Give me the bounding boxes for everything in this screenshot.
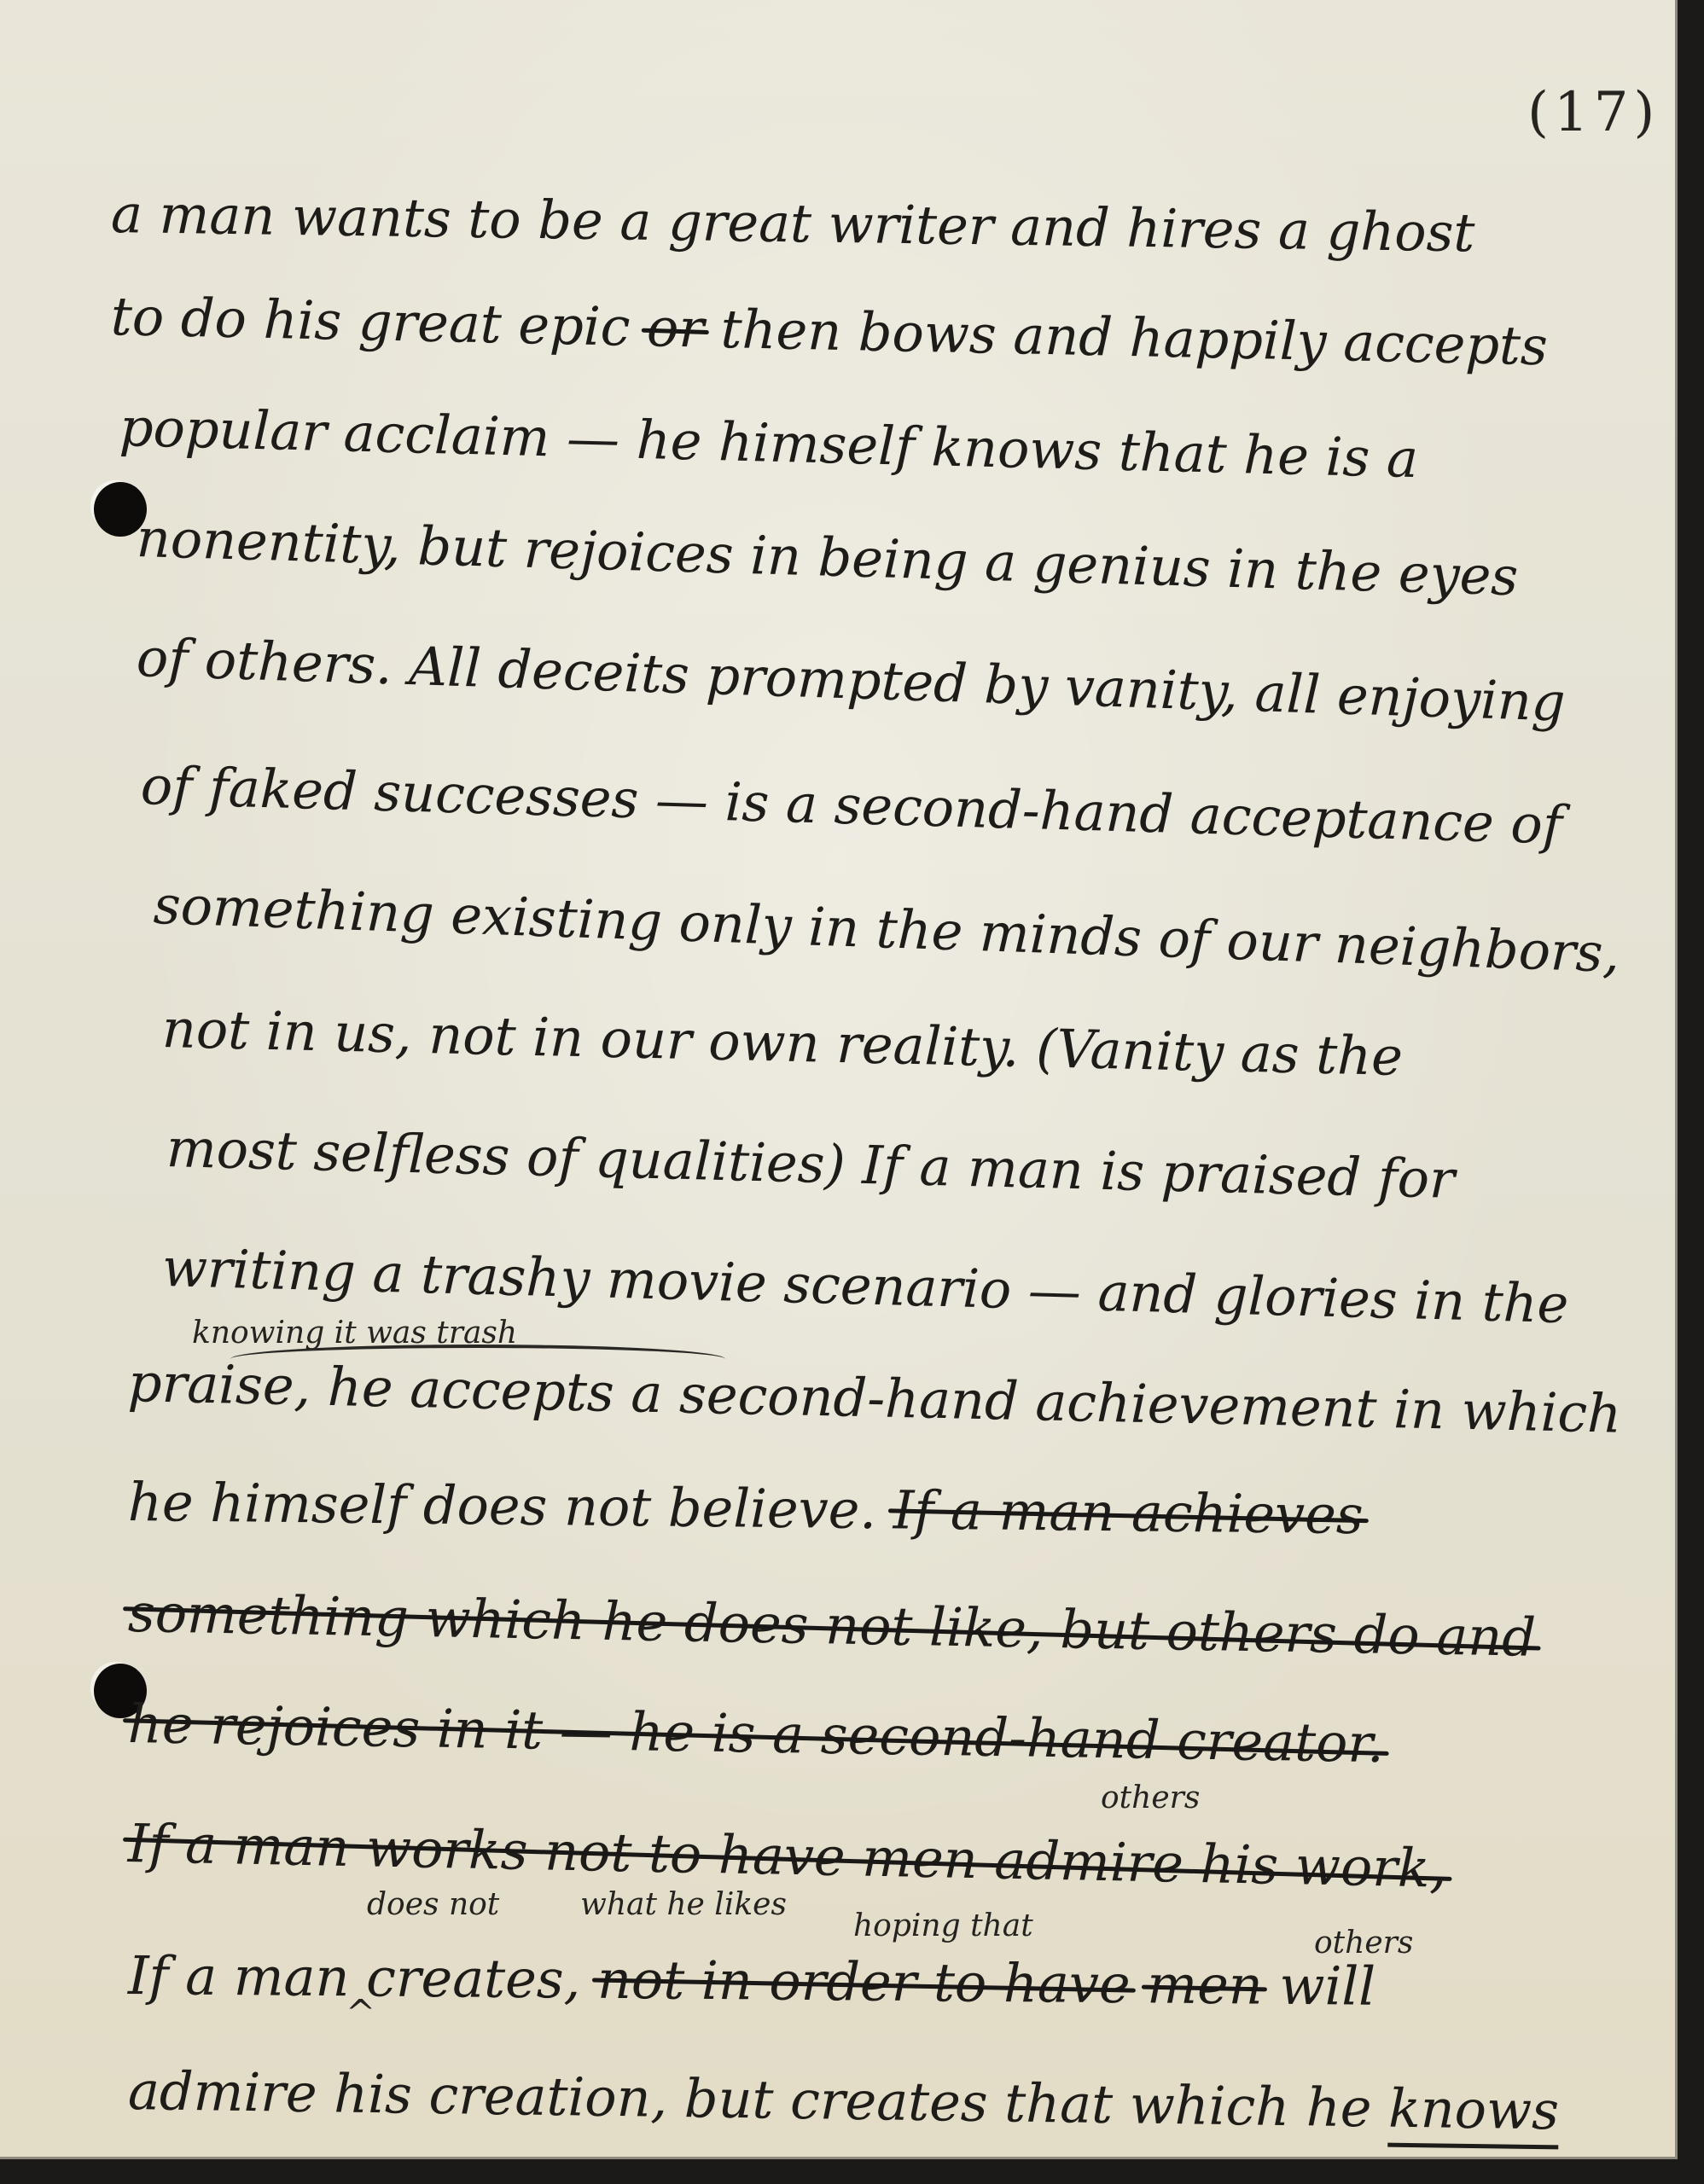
struck-text: If a man works not to have men admire hi… — [127, 1812, 1447, 1900]
line-text: praise, — [127, 1351, 329, 1418]
line-text: most selfless of qualities) If a man is … — [166, 1117, 1456, 1211]
struck-text: men — [1147, 1953, 1263, 2016]
struck-text: something which he does not like, but ot… — [127, 1582, 1536, 1669]
line-text: to do his great epic — [110, 285, 648, 358]
manuscript-line-4: nonentity, but rejoices in being a geniu… — [136, 512, 1519, 603]
manuscript-line-15: If a man works not to have men admire hi… — [127, 1817, 1446, 1896]
manuscript-line-5: of others. All deceits prompted by vanit… — [136, 631, 1566, 729]
line-text: he accepts a second-hand achievement in … — [327, 1356, 1622, 1445]
manuscript-line-13: something which he does not like, but ot… — [127, 1587, 1536, 1664]
line-text: popular acclaim — he himself knows that … — [119, 396, 1419, 490]
insertion-others: others — [1101, 1783, 1200, 1814]
manuscript-line-9: most selfless of qualities) If a man is … — [166, 1122, 1455, 1206]
struck-text: not in order to have — [597, 1949, 1131, 2015]
line-text: a man wants to be a great writer and hir… — [110, 183, 1474, 264]
line-text: admire his creation, but creates that wh… — [127, 2059, 1388, 2140]
struck-text: If a man achieves — [893, 1478, 1364, 1546]
line-text: nonentity, but rejoices in being a geniu… — [136, 507, 1519, 607]
line-text: not in us, not in our own reality. (Vani… — [161, 997, 1404, 1088]
manuscript-line-8: not in us, not in our own reality. (Vani… — [161, 1002, 1403, 1083]
line-text: something existing only in the minds of … — [153, 874, 1621, 985]
insertion-what-he-likes: what he likes — [580, 1890, 787, 1920]
manuscript-line-16: If a man creates, not in order to have m… — [128, 1949, 1376, 2013]
manuscript-line-7: something existing only in the minds of … — [153, 879, 1620, 980]
line-text: of faked successes — is a second-hand ac… — [140, 754, 1563, 856]
manuscript-line-17: admire his creation, but creates that wh… — [128, 2065, 1560, 2137]
underlined-text: knows — [1388, 2077, 1560, 2150]
insertion-does-not: does not — [367, 1890, 499, 1920]
manuscript-line-14: he rejoices in it — he is a second-hand … — [128, 1698, 1385, 1770]
manuscript-line-2: to do his great epic or then bows and ha… — [110, 290, 1548, 373]
insertion-hoping-that: hoping that — [853, 1911, 1033, 1942]
line-text: will — [1279, 1955, 1375, 2018]
manuscript-line-3: popular acclaim — he himself knows that … — [119, 401, 1418, 485]
manuscript-line-6: of faked successes — is a second-hand ac… — [140, 759, 1562, 852]
manuscript-line-12: he himself does not believe. If a man ac… — [128, 1476, 1364, 1542]
manuscript-line-1: a man wants to be a great writer and hir… — [111, 188, 1475, 259]
struck-text: he rejoices in it — he is a second-hand … — [127, 1693, 1384, 1774]
line-text: then bows and happily accepts — [703, 298, 1548, 378]
manuscript-text: a man wants to be a great writer and hir… — [0, 0, 1675, 2157]
manuscript-page: (17) a man wants to be a great writer an… — [0, 0, 1678, 2159]
line-text: If a man creates — [128, 1944, 564, 2010]
struck-text: or — [646, 296, 704, 359]
manuscript-line-11: praise, he accepts a second-hand achieve… — [127, 1356, 1621, 1441]
line-text: of others. All deceits prompted by vanit… — [136, 626, 1567, 734]
line-text: he himself does not believe. — [128, 1471, 894, 1541]
